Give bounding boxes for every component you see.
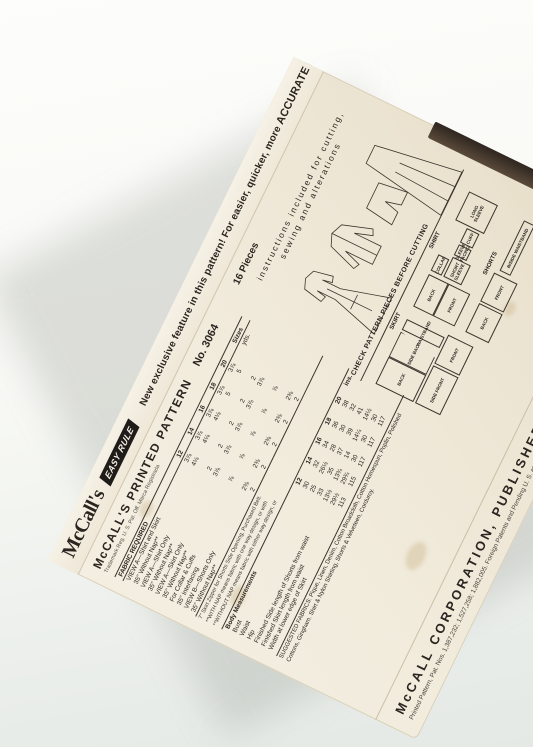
shorts-sketch-icon — [365, 179, 408, 225]
pattern-piece: LONG SLEEVE — [455, 191, 498, 234]
ruler-icon — [135, 413, 140, 416]
group-label-shorts: SHORTS — [483, 251, 499, 276]
shirt-sketch-icon — [322, 214, 386, 275]
group-label-skirt: SKIRT — [389, 312, 402, 331]
group-label-shirt: SHIRT — [429, 231, 442, 250]
pattern-piece: INSIDE WAISTBAND — [500, 220, 533, 276]
